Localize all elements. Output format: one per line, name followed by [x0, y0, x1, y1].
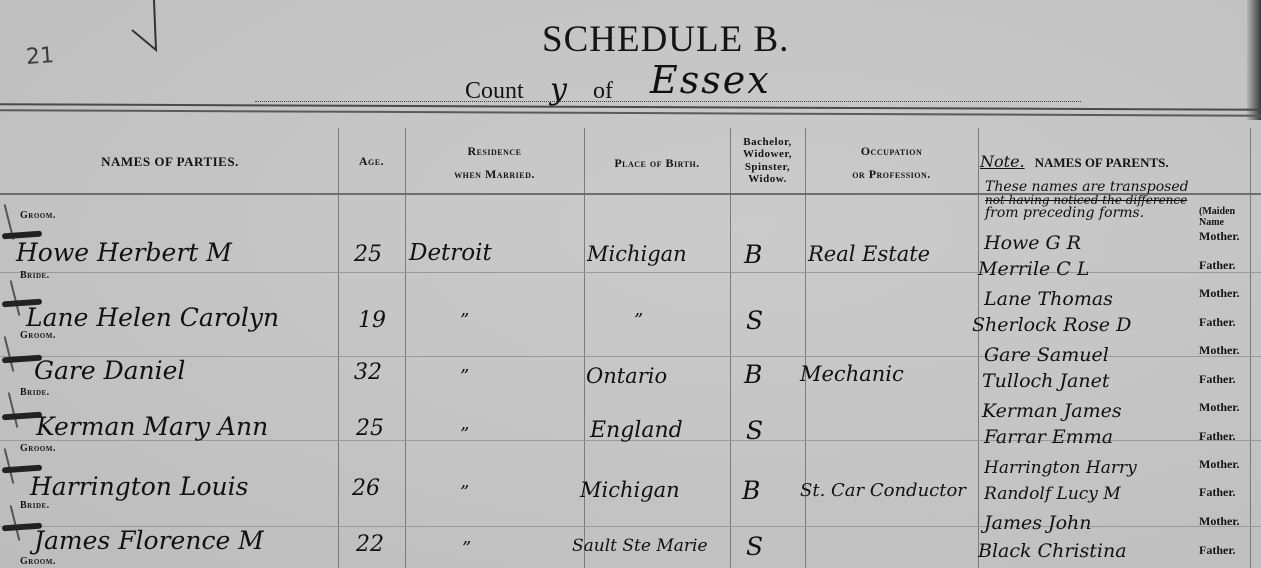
- parent-role-label: Mother.: [1199, 229, 1240, 244]
- checkmark-icon: [130, 0, 162, 52]
- parent-name: Black Christina: [978, 540, 1127, 562]
- header-place-of-birth: Place of Birth.: [584, 155, 730, 172]
- occupation-value: St. Car Conductor: [800, 480, 966, 501]
- parent-role-label: Mother.: [1199, 457, 1240, 472]
- header-names-of-parties: NAMES OF PARTIES.: [60, 153, 280, 172]
- role-label: Groom.: [20, 330, 56, 341]
- parent-name: Lane Thomas: [984, 288, 1113, 310]
- header-occupation: Occupation or Profession.: [805, 143, 978, 184]
- residence-value: Detroit: [409, 240, 492, 266]
- parent-role-label: Mother.: [1199, 400, 1240, 415]
- party-name: James Florence M: [34, 526, 264, 555]
- role-label: Bride.: [20, 500, 50, 511]
- party-name: Howe Herbert M: [16, 238, 232, 267]
- status-value: S: [746, 306, 763, 335]
- parent-name: Kerman James: [982, 400, 1122, 422]
- header-residence-line2: when Married.: [405, 166, 584, 183]
- header-occupation-line1: Occupation: [805, 143, 978, 160]
- age-value: 19: [358, 308, 386, 333]
- page-binding-edge: [1247, 0, 1261, 120]
- note-line: These names are transposed: [985, 180, 1189, 194]
- handwritten-note-label: Note.: [980, 152, 1025, 171]
- party-name: Lane Helen Carolyn: [26, 303, 279, 332]
- birthplace-value: Sault Ste Marie: [572, 536, 708, 556]
- role-label: Groom.: [20, 443, 56, 454]
- parent-role-label: Father.: [1199, 315, 1236, 330]
- county-suffix-handwritten: y: [550, 72, 567, 107]
- margin-tick: [10, 280, 21, 315]
- parent-role-label: Father.: [1199, 543, 1236, 558]
- status-value: B: [742, 476, 760, 505]
- residence-value: ”: [462, 538, 471, 559]
- parent-role-label: Father.: [1199, 429, 1236, 444]
- parent-name: Farrar Emma: [984, 426, 1113, 448]
- role-label: Bride.: [20, 387, 50, 398]
- residence-value: ”: [460, 482, 469, 503]
- page-title: SCHEDULE B.: [542, 18, 789, 61]
- residence-value: ”: [460, 310, 469, 331]
- occupation-value: Mechanic: [800, 362, 904, 386]
- parent-name: James John: [984, 512, 1092, 534]
- parent-name: Tulloch Janet: [982, 370, 1109, 392]
- margin-tick: [8, 392, 19, 427]
- header-age: Age.: [338, 153, 405, 170]
- parent-role-label: Father.: [1199, 372, 1236, 387]
- age-value: 26: [352, 476, 380, 501]
- occupation-value: Real Estate: [808, 242, 930, 266]
- birthplace-value: Michigan: [580, 478, 680, 502]
- age-value: 22: [356, 532, 384, 557]
- header-status-line: Widow.: [730, 173, 805, 185]
- age-value: 25: [356, 416, 384, 441]
- parent-role-label: Mother.: [1199, 514, 1240, 529]
- party-name: Kerman Mary Ann: [36, 412, 268, 441]
- parent-name: Harrington Harry: [984, 458, 1137, 478]
- header-names-of-parents: Note. NAMES OF PARENTS.: [980, 152, 1260, 172]
- age-value: 25: [354, 242, 382, 267]
- parent-role-label: Father.: [1199, 485, 1236, 500]
- birthplace-value: Michigan: [587, 242, 687, 266]
- parent-name: Gare Samuel: [984, 344, 1109, 366]
- party-name: Harrington Louis: [30, 472, 248, 501]
- status-value: B: [744, 360, 762, 389]
- parent-name: Sherlock Rose D: [972, 314, 1131, 336]
- residence-value: ”: [460, 366, 469, 387]
- maiden-name-label: (Maiden Name: [1199, 206, 1261, 228]
- role-label: Bride.: [20, 270, 50, 281]
- role-label: Groom.: [20, 210, 56, 221]
- birthplace-value: England: [590, 418, 683, 443]
- birthplace-value: Ontario: [586, 364, 667, 388]
- header-residence-line1: Residence: [405, 143, 584, 160]
- header-status-line: Spinster,: [730, 161, 805, 173]
- header-status-line: Bachelor,: [730, 136, 805, 148]
- folio-number: 21: [25, 43, 55, 70]
- note-line: from preceding forms.: [985, 206, 1189, 220]
- parent-name: Merrile C L: [978, 258, 1090, 280]
- of-label: of: [593, 78, 613, 105]
- age-value: 32: [354, 360, 382, 385]
- role-label-next: Groom.: [20, 556, 56, 567]
- county-label: Count: [465, 78, 524, 105]
- parent-role-label: Mother.: [1199, 343, 1240, 358]
- birthplace-value: ”: [634, 310, 643, 331]
- header-parents-label: NAMES OF PARENTS.: [1035, 155, 1169, 170]
- header-occupation-line2: or Profession.: [805, 166, 978, 183]
- party-name: Gare Daniel: [34, 356, 185, 385]
- parent-role-label: Mother.: [1199, 286, 1240, 301]
- header-marital-status: Bachelor, Widower, Spinster, Widow.: [730, 136, 805, 185]
- margin-tick: [10, 505, 21, 540]
- parent-role-label: Father.: [1199, 258, 1236, 273]
- status-value: B: [744, 240, 762, 269]
- scanned-register-page: 21 SCHEDULE B. Count y of Essex NAMES OF…: [0, 0, 1261, 568]
- header-residence: Residence when Married.: [405, 143, 584, 184]
- status-value: S: [746, 532, 763, 561]
- parent-name: Randolf Lucy M: [984, 484, 1121, 504]
- county-name: Essex: [650, 58, 771, 102]
- residence-value: ”: [460, 424, 469, 445]
- county-line: Count y of Essex: [255, 78, 1081, 106]
- parent-name: Howe G R: [984, 232, 1081, 254]
- header-status-line: Widower,: [730, 148, 805, 160]
- margin-tick: [4, 336, 15, 371]
- status-value: S: [746, 416, 763, 445]
- handwritten-note-text: These names are transposed not having no…: [985, 180, 1189, 220]
